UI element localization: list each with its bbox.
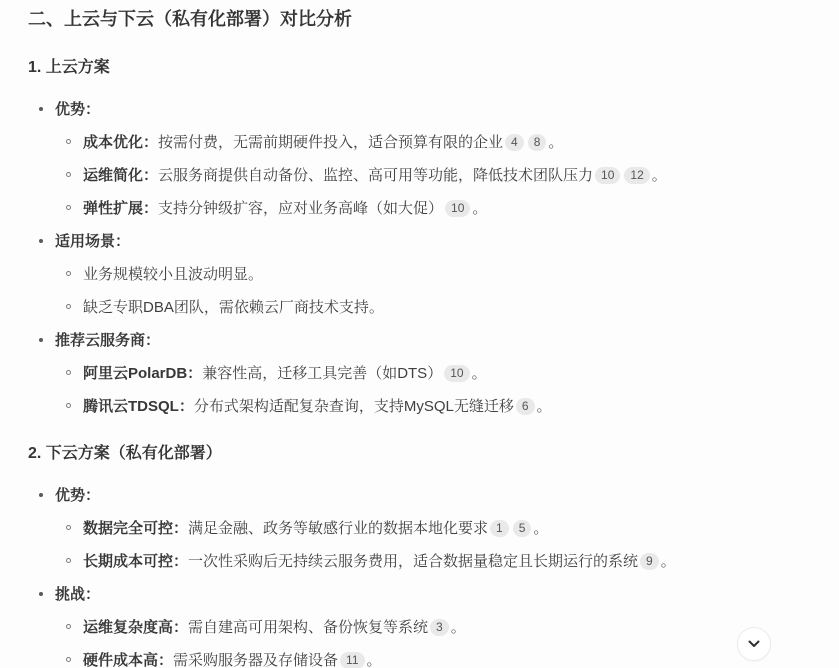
bullet-circle-icon bbox=[66, 558, 71, 563]
item-text: 一次性采购后无持续云服务费用，适合数据量稳定且长期运行的系统 bbox=[188, 553, 638, 570]
list-item: 阿里云PolarDB：兼容性高，迁移工具完善（如DTS）10。 bbox=[55, 363, 811, 384]
list-item: 硬件成本高：需采购服务器及存储设备11。 bbox=[55, 650, 811, 668]
group-label: 推荐云服务商： bbox=[55, 332, 160, 349]
list-item: 腾讯云TDSQL：分布式架构适配复杂查询，支持MySQL无缝迁移6。 bbox=[55, 396, 811, 417]
item-label: 阿里云PolarDB： bbox=[83, 365, 202, 382]
sub-list: 运维复杂度高：需自建高可用架构、备份恢复等系统3。硬件成本高：需采购服务器及存储… bbox=[55, 617, 811, 668]
bullet-circle-icon bbox=[66, 403, 71, 408]
citation-badge[interactable]: 11 bbox=[340, 652, 364, 668]
group-label: 适用场景： bbox=[55, 233, 130, 250]
bullet-dot-icon bbox=[39, 493, 43, 497]
item-text: 业务规模较小且波动明显。 bbox=[83, 266, 263, 283]
group-item: 适用场景：业务规模较小且波动明显。缺乏专职DBA团队，需依赖云厂商技术支持。 bbox=[28, 231, 811, 318]
chevron-down-icon bbox=[746, 636, 762, 652]
bullet-circle-icon bbox=[66, 139, 71, 144]
bullet-circle-icon bbox=[66, 271, 71, 276]
section-heading: 2. 下云方案（私有化部署） bbox=[28, 443, 811, 465]
bullet-circle-icon bbox=[66, 624, 71, 629]
bullet-circle-icon bbox=[66, 657, 71, 662]
citation-badge[interactable]: 6 bbox=[516, 398, 535, 415]
item-text: 支持分钟级扩容，应对业务高峰（如大促） bbox=[158, 200, 443, 217]
item-label: 腾讯云TDSQL： bbox=[83, 398, 194, 415]
bullet-circle-icon bbox=[66, 304, 71, 309]
item-tail: 。 bbox=[451, 619, 466, 636]
item-tail: 。 bbox=[533, 520, 548, 537]
item-label: 弹性扩展： bbox=[83, 200, 158, 217]
item-tail: 。 bbox=[537, 398, 552, 415]
group-label: 优势： bbox=[55, 101, 100, 118]
list-item: 缺乏专职DBA团队，需依赖云厂商技术支持。 bbox=[55, 297, 811, 318]
item-label: 数据完全可控： bbox=[83, 520, 188, 537]
group-item: 优势：成本优化：按需付费，无需前期硬件投入，适合预算有限的企业48。运维简化：云… bbox=[28, 99, 811, 219]
item-text: 需自建高可用架构、备份恢复等系统 bbox=[188, 619, 428, 636]
item-text: 兼容性高，迁移工具完善（如DTS） bbox=[202, 365, 442, 382]
group-list: 优势：数据完全可控：满足金融、政务等敏感行业的数据本地化要求15。长期成本可控：… bbox=[28, 485, 811, 668]
item-tail: 。 bbox=[661, 553, 676, 570]
list-item: 数据完全可控：满足金融、政务等敏感行业的数据本地化要求15。 bbox=[55, 518, 811, 539]
item-label: 成本优化： bbox=[83, 134, 158, 151]
citation-badge[interactable]: 10 bbox=[444, 365, 469, 382]
item-text: 按需付费，无需前期硬件投入，适合预算有限的企业 bbox=[158, 134, 503, 151]
bullet-dot-icon bbox=[39, 107, 43, 111]
bullet-dot-icon bbox=[39, 239, 43, 243]
item-text: 需采购服务器及存储设备 bbox=[173, 652, 338, 668]
item-tail: 。 bbox=[367, 652, 382, 668]
list-item: 业务规模较小且波动明显。 bbox=[55, 264, 811, 285]
item-text: 云服务商提供自动备份、监控、高可用等功能，降低技术团队压力 bbox=[158, 167, 593, 184]
sub-list: 阿里云PolarDB：兼容性高，迁移工具完善（如DTS）10。腾讯云TDSQL：… bbox=[55, 363, 811, 417]
sub-list: 业务规模较小且波动明显。缺乏专职DBA团队，需依赖云厂商技术支持。 bbox=[55, 264, 811, 318]
group-item: 推荐云服务商：阿里云PolarDB：兼容性高，迁移工具完善（如DTS）10。腾讯… bbox=[28, 330, 811, 417]
citation-badge[interactable]: 9 bbox=[640, 553, 659, 570]
bullet-dot-icon bbox=[39, 592, 43, 596]
bullet-circle-icon bbox=[66, 172, 71, 177]
citation-badge[interactable]: 10 bbox=[445, 200, 470, 217]
citation-badge[interactable]: 10 bbox=[595, 167, 620, 184]
citation-badge[interactable]: 12 bbox=[624, 167, 649, 184]
section-heading: 1. 上云方案 bbox=[28, 57, 811, 79]
sections-root: 1. 上云方案优势：成本优化：按需付费，无需前期硬件投入，适合预算有限的企业48… bbox=[28, 57, 811, 668]
citation-badge[interactable]: 1 bbox=[490, 520, 509, 537]
list-item: 成本优化：按需付费，无需前期硬件投入，适合预算有限的企业48。 bbox=[55, 132, 811, 153]
citation-badge[interactable]: 3 bbox=[430, 619, 449, 636]
document-title: 二、上云与下云（私有化部署）对比分析 bbox=[28, 8, 811, 31]
sub-list: 成本优化：按需付费，无需前期硬件投入，适合预算有限的企业48。运维简化：云服务商… bbox=[55, 132, 811, 219]
list-item: 弹性扩展：支持分钟级扩容，应对业务高峰（如大促）10。 bbox=[55, 198, 811, 219]
bullet-circle-icon bbox=[66, 205, 71, 210]
item-text: 满足金融、政务等敏感行业的数据本地化要求 bbox=[188, 520, 488, 537]
group-label: 挑战： bbox=[55, 586, 100, 603]
list-item: 长期成本可控：一次性采购后无持续云服务费用，适合数据量稳定且长期运行的系统9。 bbox=[55, 551, 811, 572]
item-text: 分布式架构适配复杂查询，支持MySQL无缝迁移 bbox=[194, 398, 514, 415]
group-item: 优势：数据完全可控：满足金融、政务等敏感行业的数据本地化要求15。长期成本可控：… bbox=[28, 485, 811, 572]
item-label: 运维复杂度高： bbox=[83, 619, 188, 636]
group-list: 优势：成本优化：按需付费，无需前期硬件投入，适合预算有限的企业48。运维简化：云… bbox=[28, 99, 811, 417]
item-text: 缺乏专职DBA团队，需依赖云厂商技术支持。 bbox=[83, 299, 384, 316]
item-tail: 。 bbox=[652, 167, 667, 184]
item-tail: 。 bbox=[548, 134, 563, 151]
bullet-circle-icon bbox=[66, 370, 71, 375]
bullet-circle-icon bbox=[66, 525, 71, 530]
section: 1. 上云方案优势：成本优化：按需付费，无需前期硬件投入，适合预算有限的企业48… bbox=[28, 57, 811, 417]
list-item: 运维简化：云服务商提供自动备份、监控、高可用等功能，降低技术团队压力1012。 bbox=[55, 165, 811, 186]
item-label: 硬件成本高： bbox=[83, 652, 173, 668]
item-label: 运维简化： bbox=[83, 167, 158, 184]
citation-badge[interactable]: 5 bbox=[513, 520, 532, 537]
item-label: 长期成本可控： bbox=[83, 553, 188, 570]
bullet-dot-icon bbox=[39, 338, 43, 342]
citation-badge[interactable]: 8 bbox=[528, 134, 547, 151]
item-tail: 。 bbox=[472, 365, 487, 382]
citation-badge[interactable]: 4 bbox=[505, 134, 524, 151]
sub-list: 数据完全可控：满足金融、政务等敏感行业的数据本地化要求15。长期成本可控：一次性… bbox=[55, 518, 811, 572]
group-label: 优势： bbox=[55, 487, 100, 504]
scroll-to-bottom-button[interactable] bbox=[737, 627, 771, 661]
item-tail: 。 bbox=[472, 200, 487, 217]
group-item: 挑战：运维复杂度高：需自建高可用架构、备份恢复等系统3。硬件成本高：需采购服务器… bbox=[28, 584, 811, 668]
list-item: 运维复杂度高：需自建高可用架构、备份恢复等系统3。 bbox=[55, 617, 811, 638]
section: 2. 下云方案（私有化部署）优势：数据完全可控：满足金融、政务等敏感行业的数据本… bbox=[28, 443, 811, 668]
message-content: 二、上云与下云（私有化部署）对比分析 1. 上云方案优势：成本优化：按需付费，无… bbox=[0, 0, 839, 668]
